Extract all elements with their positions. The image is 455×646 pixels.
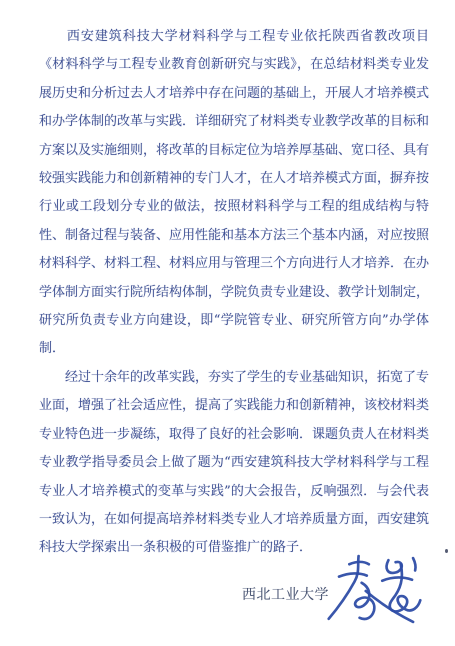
text-line: 和办学体制的改革与实践．详细研究了材料类专业教学改革的目标和 <box>39 108 429 136</box>
text-line: 方案以及实施细则，将改革的目标定位为培养厚基础、宽口径、具有 <box>39 137 429 165</box>
document-page: 西安建筑科技大学材料科学与工程专业依托陕西省教改项目《材料科学与工程专业教育创新… <box>0 0 455 646</box>
text-line: 学体制方面实行院所结构体制，学院负责专业建设、教学计划制定， <box>39 279 429 307</box>
text-line: 专业教学指导委员会上做了题为“西安建筑科技大学材料科学与工程 <box>39 449 429 477</box>
text-line: 专业特色进一步凝练，取得了良好的社会影响．课题负责人在材料类 <box>39 421 429 449</box>
paragraph-results-evaluation: 经过十余年的改革实践，夯实了学生的专业基础知识，拓宽了专业面，增强了社会适应性，… <box>39 364 429 563</box>
text-line: 《材料科学与工程专业教育创新研究与实践》，在总结材料类专业发 <box>39 51 429 79</box>
text-line: 专业人才培养模式的变革与实践”的大会报告，反响强烈．与会代表 <box>39 478 429 506</box>
text-line: 材料科学、材料工程、材料应用与管理三个方向进行人才培养．在办 <box>39 250 429 278</box>
text-line: 行业或工段划分专业的做法，按照材料科学与工程的组成结构与特 <box>39 193 429 221</box>
letter-body: 西安建筑科技大学材料科学与工程专业依托陕西省教改项目《材料科学与工程专业教育创新… <box>39 23 429 563</box>
text-line: 一致认为，在如何提高培养材料类专业人才培养质量方面，西安建筑 <box>39 506 429 534</box>
text-line: 业面，增强了社会适应性，提高了实践能力和创新精神，该校材料类 <box>39 392 429 420</box>
text-line: 制． <box>39 335 429 363</box>
affiliation-label: 西北工业大学 <box>242 584 329 604</box>
text-line: 经过十余年的改革实践，夯实了学生的专业基础知识，拓宽了专 <box>39 364 429 392</box>
text-line: 性、制备过程与装备、应用性能和基本方法三个基本内涵，对应按照 <box>39 222 429 250</box>
scan-speck <box>445 549 448 553</box>
text-line: 西安建筑科技大学材料科学与工程专业依托陕西省教改项目 <box>39 23 429 51</box>
text-line: 研究所负责专业方向建设，即“学院管专业、研究所管方向”办学体 <box>39 307 429 335</box>
text-line: 展历史和分析过去人才培养中存在问题的基础上，开展人才培养模式 <box>39 80 429 108</box>
text-line: 较强实践能力和创新精神的专门人才，在人才培养模式方面，摒弃按 <box>39 165 429 193</box>
paragraph-reform-overview: 西安建筑科技大学材料科学与工程专业依托陕西省教改项目《材料科学与工程专业教育创新… <box>39 23 429 364</box>
handwritten-signature <box>322 554 426 626</box>
